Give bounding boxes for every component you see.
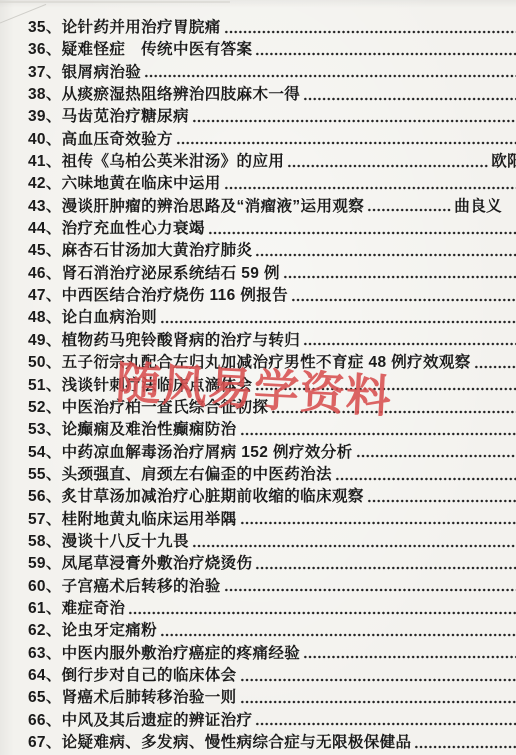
dot-leader [208,231,516,235]
entry-title: 难症奇治 [62,598,126,620]
entry-number: 53、 [28,419,62,441]
entry-title: 治疗充血性心力衰竭 [62,218,205,240]
entry-number: 43、 [28,196,62,218]
entry-title: 论虫牙定痛粉 [62,620,157,642]
toc-entry: 42、 六味地黄在临床中运用 [0,173,516,195]
entry-title: 中西医结合治疗烧伤 116 例报告 [62,285,288,307]
entry-title: 麻杏石甘汤加大黄治疗肺炎 [62,240,253,262]
dot-leader [240,678,516,682]
entry-number: 62、 [28,620,62,642]
dot-leader [303,655,516,659]
dot-leader [176,141,516,145]
toc-entry: 62、 论虫牙定痛粉 [0,620,516,642]
entry-title: 倒行步对自己的临床体会 [62,665,237,687]
entry-title: 中风及其后遗症的辨证治疗 [62,710,253,732]
entry-title: 银屑病治验 [62,62,142,84]
dot-leader [367,499,516,503]
entry-title: 中医治疗柏一查氏综合征初探 [62,397,269,419]
toc-entry: 38、 从痰瘀湿热阻络辨治四肢麻木一得 [0,84,516,106]
entry-number: 42、 [28,173,62,195]
toc-entry: 45、 麻杏石甘汤加大黄治疗肺炎 [0,240,516,262]
entry-number: 50、 [28,352,62,374]
entry-title: 论白血病治则 [62,307,157,329]
entry-number: 51、 [28,375,62,397]
dot-leader [283,275,516,279]
toc-entry: 48、 论白血病治则 [0,307,516,329]
dot-leader [128,611,516,615]
entry-title: 从痰瘀湿热阻络辨治四肢麻木一得 [62,84,301,106]
entry-number: 67、 [28,732,62,754]
entry-number: 63、 [28,643,62,665]
entry-title: 子宫癌术后转移的治验 [62,576,221,598]
toc-entry: 50、 五子衍宗丸配合左归丸加减治疗男性不育症 48 例疗效观察 [0,352,516,374]
toc-entry: 35、 论针药并用治疗胃脘痛 [0,17,516,39]
entry-title: 凤尾草浸膏外敷治疗烧烫伤 [62,553,253,575]
toc-entry: 64、 倒行步对自己的临床体会 [0,665,516,687]
entry-number: 45、 [28,240,62,262]
toc-entry: 36、 疑难怪症 传统中医有答案 [0,39,516,61]
dot-leader [144,74,516,78]
entry-number: 46、 [28,263,62,285]
toc-entry: 49、 植物药马兜铃酸肾病的治疗与转归 [0,330,516,352]
dot-leader [255,722,516,726]
entry-title: 肾石消治疗泌尿系统结石 59 例 [62,263,280,285]
entry-number: 54、 [28,442,62,464]
dot-leader [192,544,516,548]
entry-author: 欧阳 [491,151,516,173]
entry-title: 六味地黄在临床中运用 [62,173,221,195]
dot-leader [224,588,516,592]
entry-title: 高血压奇效验方 [62,129,173,151]
entry-number: 37、 [28,62,62,84]
entry-title: 论针药并用治疗胃脘痛 [62,17,221,39]
dot-leader [474,365,516,369]
dot-leader [192,119,516,123]
dot-leader [356,454,516,458]
dot-leader [224,30,516,34]
entry-number: 57、 [28,509,62,531]
dot-leader [255,566,516,570]
dot-leader [335,477,516,481]
entry-title: 马齿苋治疗糖尿病 [62,106,189,128]
dot-leader [303,97,516,101]
entry-number: 60、 [28,576,62,598]
toc-list: 35、 论针药并用治疗胃脘痛 36、 疑难怪症 传统中医有答案 37、 银屑病治… [0,17,516,754]
entry-title: 中药凉血解毒汤治疗屑病 152 例疗效分析 [62,442,353,464]
toc-entry: 56、 炙甘草汤加减治疗心脏期前收缩的临床观察 [0,486,516,508]
scanned-toc-page: 35、 论针药并用治疗胃脘痛 36、 疑难怪症 传统中医有答案 37、 银屑病治… [0,0,516,755]
entry-title: 疑难怪症 传统中医有答案 [62,39,253,61]
entry-number: 55、 [28,464,62,486]
toc-entry: 46、 肾石消治疗泌尿系统结石 59 例 [0,263,516,285]
toc-entry: 44、 治疗充血性心力衰竭 [0,218,516,240]
entry-number: 65、 [28,687,62,709]
toc-entry: 63、 中医内服外敷治疗癌症的疼痛经验 [0,643,516,665]
entry-number: 59、 [28,553,62,575]
toc-entry: 40、 高血压奇效验方 [0,129,516,151]
toc-entry: 58、 漫谈十八反十九畏 [0,531,516,553]
entry-title: 肾癌术后肺转移治验一则 [62,687,237,709]
toc-entry: 65、 肾癌术后肺转移治验一则 [0,687,516,709]
entry-title: 祖传《乌柏公英米泔汤》的应用 [62,151,285,173]
toc-entry: 57、 桂附地黄丸临床运用举隅 [0,509,516,531]
dot-leader [224,186,516,190]
toc-entry: 66、 中风及其后遗症的辨证治疗 [0,710,516,732]
toc-entry: 47、 中西医结合治疗烧伤 116 例报告 [0,285,516,307]
entry-number: 36、 [28,39,62,61]
entry-title: 桂附地黄丸临床运用举隅 [62,509,237,531]
entry-number: 58、 [28,531,62,553]
entry-number: 49、 [28,330,62,352]
toc-entry: 61、 难症奇治 [0,598,516,620]
entry-title: 植物药马兜铃酸肾病的治疗与转归 [62,330,301,352]
entry-number: 39、 [28,106,62,128]
dot-leader [160,633,516,637]
dot-leader [291,298,516,302]
dot-leader [160,320,516,324]
dot-leader [271,410,516,414]
entry-title: 头颈强直、肩颈左右偏歪的中医药治法 [62,464,332,486]
dot-leader [303,342,516,346]
entry-title: 漫谈十八反十九畏 [62,531,189,553]
entry-title: 炙甘草汤加减治疗心脏期前收缩的临床观察 [62,486,364,508]
entry-number: 38、 [28,84,62,106]
entry-number: 41、 [28,151,62,173]
entry-number: 61、 [28,598,62,620]
dot-leader [367,208,452,212]
dot-leader [287,164,489,168]
dot-leader [414,745,516,749]
entry-title: 论癫痫及难治性癫痫防治 [62,419,237,441]
dot-leader [240,432,516,436]
toc-entry: 60、 子宫癌术后转移的治验 [0,576,516,598]
entry-number: 47、 [28,285,62,307]
toc-entry: 59、 凤尾草浸膏外敷治疗烧烫伤 [0,553,516,575]
dot-leader [255,387,516,391]
entry-title: 漫谈肝肿瘤的辨治思路及“消瘤液”运用观察 [62,196,365,218]
toc-entry: 55、 头颈强直、肩颈左右偏歪的中医药治法 [0,464,516,486]
dot-leader [255,253,516,257]
entry-number: 35、 [28,17,62,39]
toc-entry: 37、 银屑病治验 [0,62,516,84]
entry-number: 44、 [28,218,62,240]
toc-entry: 53、 论癫痫及难治性癫痫防治 [0,419,516,441]
dot-leader [255,52,516,56]
toc-entry: 54、 中药凉血解毒汤治疗屑病 152 例疗效分析 [0,442,516,464]
dot-leader [240,700,516,704]
entry-number: 52、 [28,397,62,419]
toc-entry: 52、 中医治疗柏一查氏综合征初探 [0,397,516,419]
toc-entry: 39、 马齿苋治疗糖尿病 [0,106,516,128]
toc-entry: 41、 祖传《乌柏公英米泔汤》的应用 欧阳 [0,151,516,173]
entry-title: 五子衍宗丸配合左归丸加减治疗男性不育症 48 例疗效观察 [62,352,471,374]
toc-entry: 43、 漫谈肝肿瘤的辨治思路及“消瘤液”运用观察 曲良义 [0,196,516,218]
entry-title: 中医内服外敷治疗癌症的疼痛经验 [62,643,301,665]
entry-number: 64、 [28,665,62,687]
entry-title: 浅谈针刺疗法临床点滴体会 [62,375,253,397]
entry-number: 48、 [28,307,62,329]
entry-author: 曲良义 [454,196,502,218]
entry-number: 66、 [28,710,62,732]
entry-number: 40、 [28,129,62,151]
entry-number: 56、 [28,486,62,508]
dot-leader [240,521,516,525]
entry-title: 论疑难病、多发病、慢性病综合症与无限极保健品 [62,732,412,754]
toc-entry: 67、 论疑难病、多发病、慢性病综合症与无限极保健品 [0,732,516,754]
scan-artifact-top-streak [0,1,230,3]
toc-entry: 51、 浅谈针刺疗法临床点滴体会 [0,375,516,397]
